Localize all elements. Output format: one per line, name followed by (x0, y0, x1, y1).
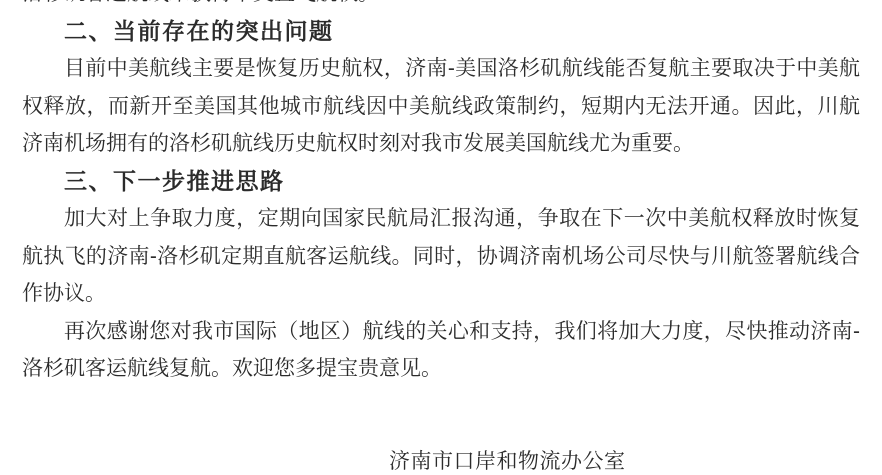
paragraph-line: 再次感谢您对我市国际（地区）航线的关心和支持，我们将加大力度，尽快推动济南- (22, 313, 860, 351)
paragraph-line: 权释放，而新开至美国其他城市航线因中美航线政策制约，短期内无法开通。因此，川航和 (22, 88, 860, 126)
paragraph-line: 航执飞的济南-洛杉矶定期直航客运航线。同时，协调济南机场公司尽快与川航签署航线合 (22, 238, 860, 276)
section-heading-3: 三、下一步推进思路 (22, 163, 860, 201)
paragraph-line: 目前中美航线主要是恢复历史航权，济南-美国洛杉矶航线能否复航主要取决于中美航 (22, 50, 860, 88)
paragraph-line: 洛杉矶客运航线复航。欢迎您多提宝贵意见。 (22, 350, 860, 388)
paragraph-continuation-line-clipped: 洛杉矶客运航线未获得中美直飞航权。 (22, 0, 860, 13)
signature-office-name: 济南市口岸和物流办公室 (22, 443, 860, 475)
section-heading-2: 二、当前存在的突出问题 (22, 13, 860, 51)
paragraph-line: 济南机场拥有的洛杉矶航线历史航权时刻对我市发展美国航线尤为重要。 (22, 125, 860, 163)
paragraph-line: 加大对上争取力度，定期向国家民航局汇报沟通，争取在下一次中美航权释放时恢复川 (22, 200, 860, 238)
document-page: 洛杉矶客运航线未获得中美直飞航权。 二、当前存在的突出问题 目前中美航线主要是恢… (0, 0, 882, 475)
blank-line (22, 388, 860, 443)
paragraph-line: 作协议。 (22, 275, 860, 313)
